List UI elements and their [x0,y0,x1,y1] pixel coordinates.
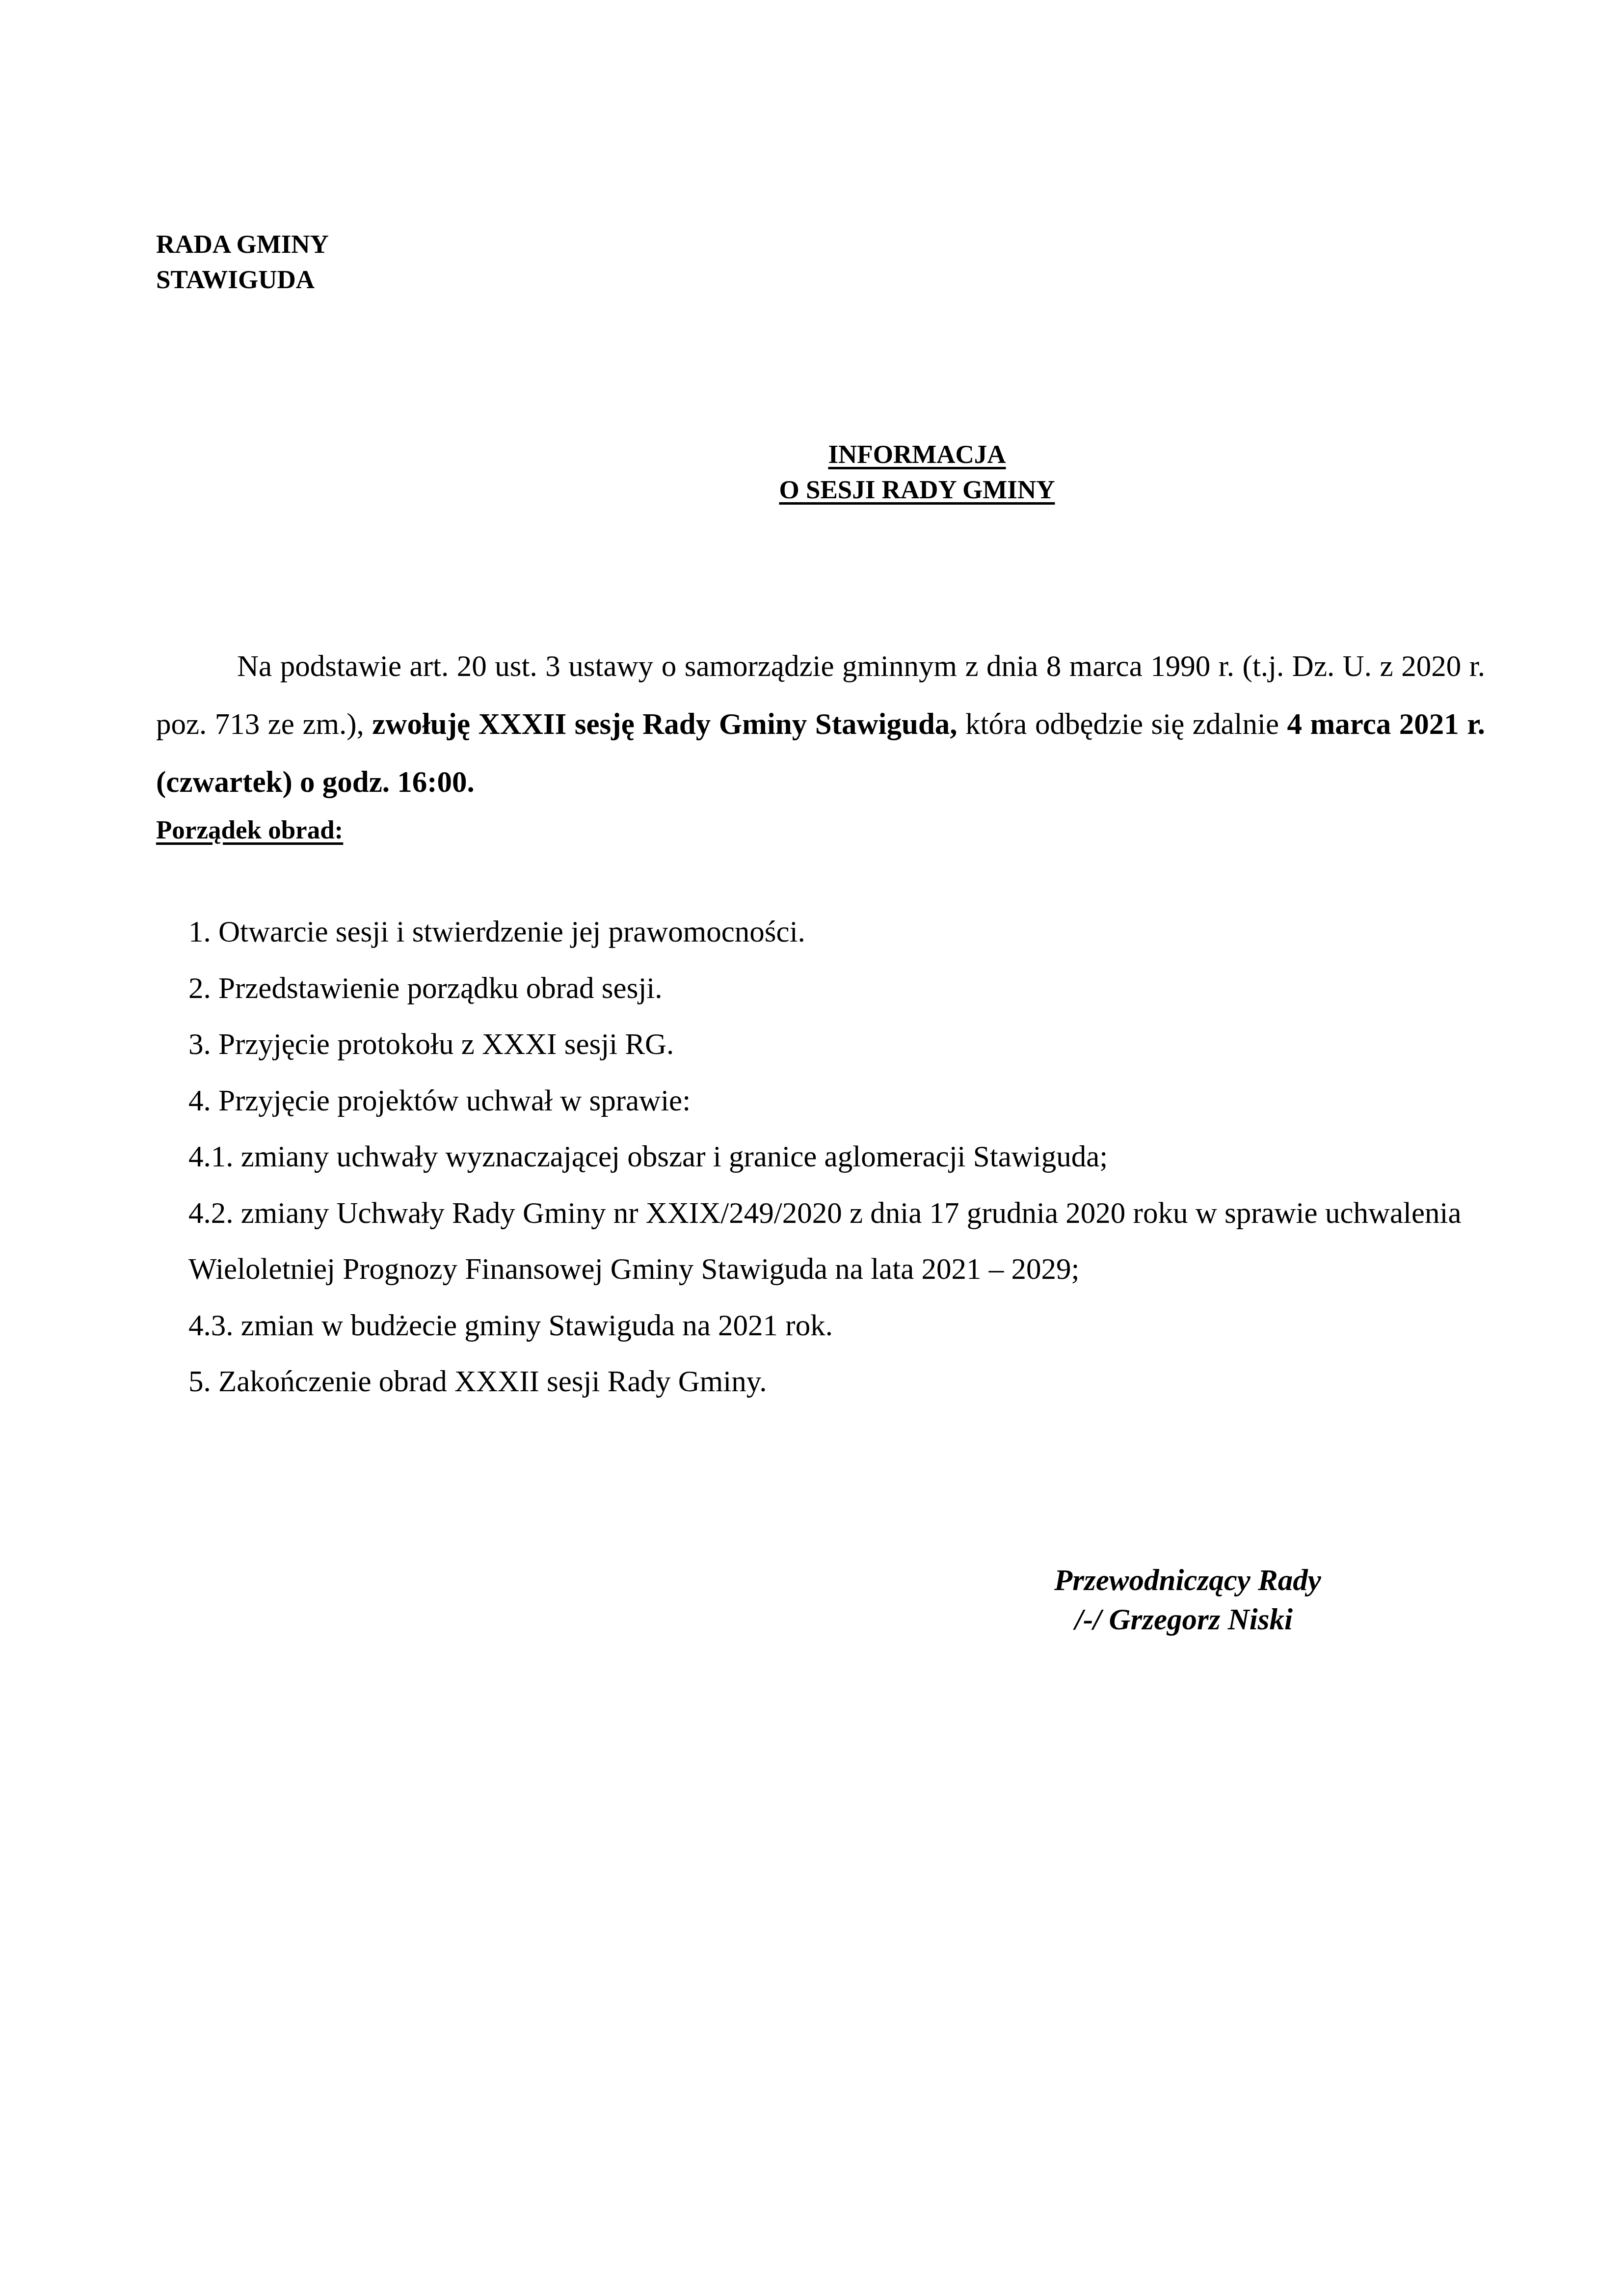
agenda-item: 3. Przyjęcie protokołu z XXXI sesji RG. [188,1017,1489,1073]
agenda-item: 1. Otwarcie sesji i stwierdzenie jej pra… [188,904,1489,961]
intro-bold-convocation: zwołuję XXXII sesję Rady Gminy Stawiguda… [372,708,957,741]
agenda-item: 4.2. zmiany Uchwały Rady Gminy nr XXIX/2… [188,1186,1489,1298]
agenda-list: 1. Otwarcie sesji i stwierdzenie jej pra… [188,904,1489,1410]
signature-block: Przewodniczący Rady /-/ Grzegorz Niski [1054,1561,1321,1640]
signature-name: /-/ Grzegorz Niski [1054,1600,1321,1640]
document-title: INFORMACJA O SESJI RADY GMINY [0,437,1623,508]
title-line1: INFORMACJA [828,440,1006,469]
organization-name-line2: STAWIGUDA [156,262,329,297]
agenda-item: 5. Zakończenie obrad XXXII sesji Rady Gm… [188,1354,1489,1410]
organization-header: RADA GMINY STAWIGUDA [156,227,329,297]
agenda-item: 4.3. zmian w budżecie gminy Stawiguda na… [188,1298,1489,1354]
intro-text-part2: która odbędzie się zdalnie [958,708,1287,741]
signature-title: Przewodniczący Rady [1054,1561,1321,1600]
intro-paragraph: Na podstawie art. 20 ust. 3 ustawy o sam… [156,638,1485,811]
title-line2: O SESJI RADY GMINY [779,476,1055,504]
organization-name-line1: RADA GMINY [156,227,329,262]
document-page: RADA GMINY STAWIGUDA INFORMACJA O SESJI … [0,0,1623,2296]
agenda-heading: Porządek obrad: [156,812,343,848]
agenda-item: 4. Przyjęcie projektów uchwał w sprawie: [188,1073,1489,1130]
agenda-item: 2. Przedstawienie porządku obrad sesji. [188,961,1489,1017]
agenda-item: 4.1. zmiany uchwały wyznaczającej obszar… [188,1129,1489,1186]
